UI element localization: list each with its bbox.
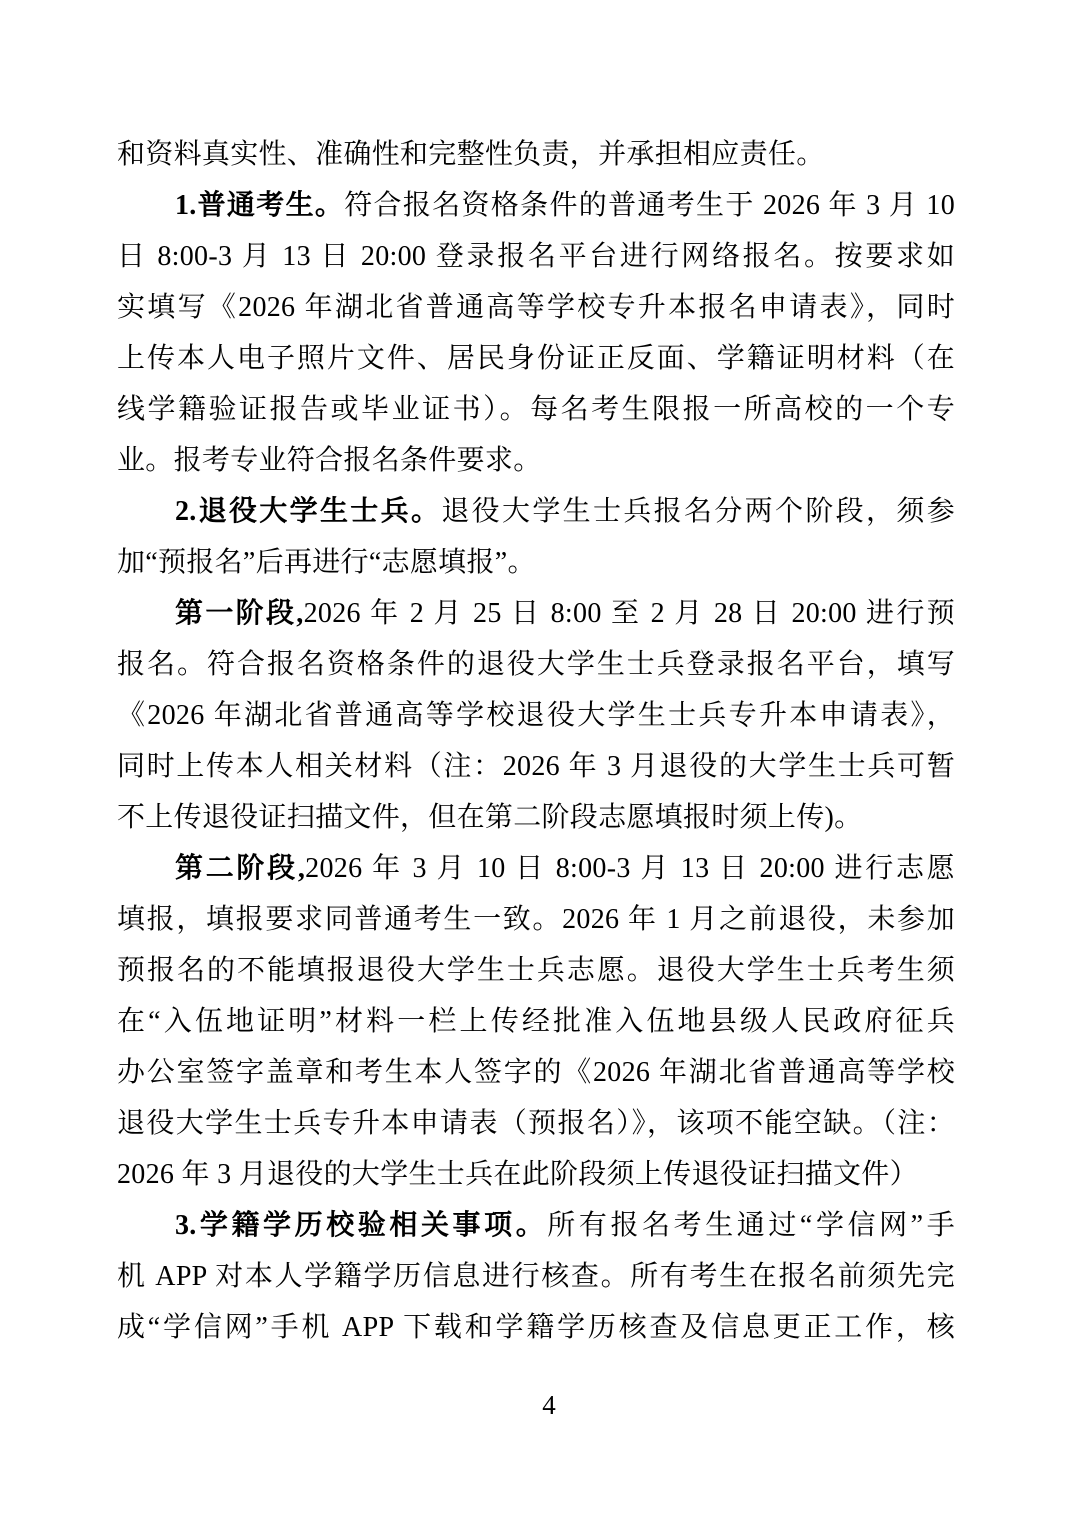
text-run: 2026 年 3 月退役的大学生士兵在此阶段须上传退役证扫描文件）: [117, 1159, 918, 1190]
text-run-bold: 第二阶段,: [175, 853, 305, 884]
text-run: 2026 年 2 月 25 日 8:00 至 2 月 28 日 20:00 进行…: [304, 598, 955, 629]
text-line: 办公室签字盖章和考生本人签字的《2026 年湖北省普通高等学校: [117, 1047, 955, 1098]
document-body: 和资料真实性、准确性和完整性负责，并承担相应责任。1.普通考生。符合报名资格条件…: [117, 129, 955, 1353]
text-line: 退役大学生士兵专升本申请表（预报名）》，该项不能空缺。（注：: [117, 1098, 955, 1149]
text-run: 机 APP 对本人学籍学历信息进行核查。所有考生在报名前须先完: [117, 1261, 955, 1292]
text-run-bold: 3.学籍学历校验相关事项。: [175, 1210, 547, 1241]
text-run: 加“预报名”后再进行“志愿填报”。: [117, 547, 536, 578]
text-run: 办公室签字盖章和考生本人签字的《2026 年湖北省普通高等学校: [117, 1057, 955, 1088]
text-run: 符合报名资格条件的普通考生于 2026 年 3 月 10: [344, 190, 955, 221]
text-line: 1.普通考生。符合报名资格条件的普通考生于 2026 年 3 月 10: [117, 180, 955, 231]
text-run: 线学籍验证报告或毕业证书）。每名考生限报一所高校的一个专: [117, 394, 955, 425]
text-run-bold: 1.普通考生。: [175, 190, 344, 221]
text-run-bold: 2.退役大学生士兵。: [175, 496, 441, 527]
text-line: 和资料真实性、准确性和完整性负责，并承担相应责任。: [117, 129, 955, 180]
text-line: 同时上传本人相关材料（注：2026 年 3 月退役的大学生士兵可暂: [117, 741, 955, 792]
text-run: 不上传退役证扫描文件，但在第二阶段志愿填报时须上传)。: [117, 802, 862, 833]
text-run: 报名。符合报名资格条件的退役大学生士兵登录报名平台，填写: [117, 649, 955, 680]
text-run: 填报，填报要求同普通考生一致。2026 年 1 月之前退役，未参加: [117, 904, 955, 935]
text-run: 业。报考专业符合报名条件要求。: [117, 445, 542, 476]
text-line: 预报名的不能填报退役大学生士兵志愿。退役大学生士兵考生须: [117, 945, 955, 996]
text-run-bold: 第一阶段,: [175, 598, 304, 629]
text-run: 《2026 年湖北省普通高等学校退役大学生士兵专升本申请表》，: [117, 700, 955, 731]
text-line: 3.学籍学历校验相关事项。所有报名考生通过“学信网”手: [117, 1200, 955, 1251]
text-line: 线学籍验证报告或毕业证书）。每名考生限报一所高校的一个专: [117, 384, 955, 435]
text-line: 在“入伍地证明”材料一栏上传经批准入伍地县级人民政府征兵: [117, 996, 955, 1047]
text-line: 2026 年 3 月退役的大学生士兵在此阶段须上传退役证扫描文件）: [117, 1149, 955, 1200]
text-line: 不上传退役证扫描文件，但在第二阶段志愿填报时须上传)。: [117, 792, 955, 843]
text-run: 同时上传本人相关材料（注：2026 年 3 月退役的大学生士兵可暂: [117, 751, 955, 782]
text-run: 上传本人电子照片文件、居民身份证正反面、学籍证明材料（在: [117, 343, 955, 374]
text-line: 第一阶段,2026 年 2 月 25 日 8:00 至 2 月 28 日 20:…: [117, 588, 955, 639]
text-run: 退役大学生士兵报名分两个阶段，须参: [441, 496, 955, 527]
text-run: 日 8:00-3 月 13 日 20:00 登录报名平台进行网络报名。按要求如: [117, 241, 955, 272]
text-line: 2.退役大学生士兵。退役大学生士兵报名分两个阶段，须参: [117, 486, 955, 537]
text-line: 成“学信网”手机 APP 下载和学籍学历核查及信息更正工作，核: [117, 1302, 955, 1353]
text-run: 和资料真实性、准确性和完整性负责，并承担相应责任。: [117, 139, 825, 170]
text-line: 业。报考专业符合报名条件要求。: [117, 435, 955, 486]
text-run: 所有报名考生通过“学信网”手: [547, 1210, 955, 1241]
text-line: 填报，填报要求同普通考生一致。2026 年 1 月之前退役，未参加: [117, 894, 955, 945]
text-line: 日 8:00-3 月 13 日 20:00 登录报名平台进行网络报名。按要求如: [117, 231, 955, 282]
text-line: 实填写《2026 年湖北省普通高等学校专升本报名申请表》，同时: [117, 282, 955, 333]
text-run: 实填写《2026 年湖北省普通高等学校专升本报名申请表》，同时: [117, 292, 955, 323]
text-line: 报名。符合报名资格条件的退役大学生士兵登录报名平台，填写: [117, 639, 955, 690]
document-page: 和资料真实性、准确性和完整性负责，并承担相应责任。1.普通考生。符合报名资格条件…: [0, 0, 1072, 1526]
text-run: 退役大学生士兵专升本申请表（预报名）》，该项不能空缺。（注：: [117, 1108, 955, 1139]
text-line: 机 APP 对本人学籍学历信息进行核查。所有考生在报名前须先完: [117, 1251, 955, 1302]
text-run: 预报名的不能填报退役大学生士兵志愿。退役大学生士兵考生须: [117, 955, 955, 986]
text-line: 加“预报名”后再进行“志愿填报”。: [117, 537, 955, 588]
text-line: 《2026 年湖北省普通高等学校退役大学生士兵专升本申请表》，: [117, 690, 955, 741]
text-run: 2026 年 3 月 10 日 8:00-3 月 13 日 20:00 进行志愿: [305, 853, 955, 884]
text-run: 成“学信网”手机 APP 下载和学籍学历核查及信息更正工作，核: [117, 1312, 955, 1343]
page-number: 4: [117, 1388, 981, 1422]
text-line: 第二阶段,2026 年 3 月 10 日 8:00-3 月 13 日 20:00…: [117, 843, 955, 894]
text-line: 上传本人电子照片文件、居民身份证正反面、学籍证明材料（在: [117, 333, 955, 384]
text-run: 在“入伍地证明”材料一栏上传经批准入伍地县级人民政府征兵: [117, 1006, 955, 1037]
